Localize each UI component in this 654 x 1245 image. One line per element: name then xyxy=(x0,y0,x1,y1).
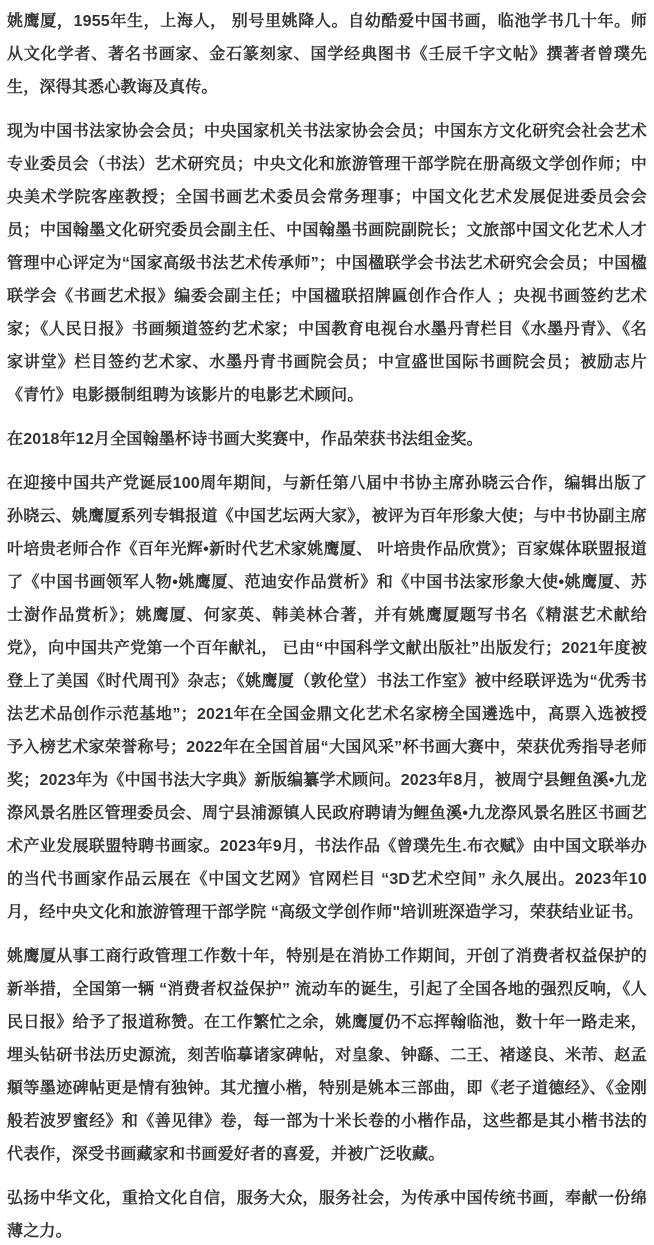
paragraph-career: 姚鹰厦从事工商行政管理工作数十年，特别是在消协工作期间，开创了消费者权益保护的新… xyxy=(7,940,647,1171)
article-body: 姚鹰厦，1955年生，上海人， 别号里姚降人。自幼酷爱中国书画，临池学书几十年。… xyxy=(0,0,654,1245)
paragraph-memberships: 现为中国书法家协会会员；中央国家机关书法家协会会员；中国东方文化研究会社会艺术专… xyxy=(7,115,647,412)
paragraph-award-2018: 在2018年12月全国翰墨杯诗书画大奖赛中，作品荣获书法组金奖。 xyxy=(7,423,647,456)
paragraph-closing: 弘扬中华文化，重拾文化自信，服务大众，服务社会，为传承中国传统书画，奉献一份绵薄… xyxy=(7,1182,647,1245)
paragraph-achievements: 在迎接中国共产党诞辰100周年期间，与新任第八届中书协主席孙晓云合作，编辑出版了… xyxy=(7,467,647,929)
paragraph-intro: 姚鹰厦，1955年生，上海人， 别号里姚降人。自幼酷爱中国书画，临池学书几十年。… xyxy=(7,5,647,104)
